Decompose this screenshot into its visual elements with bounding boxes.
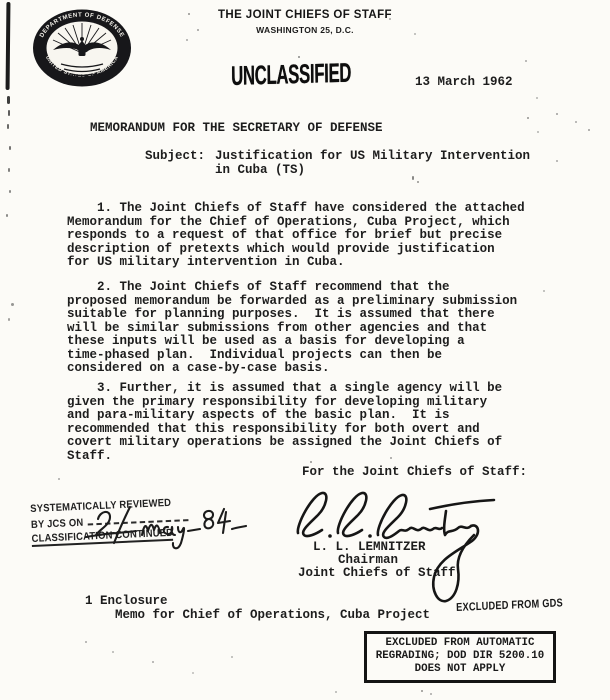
paragraph-1: 1. The Joint Chiefs of Staff have consid… [67,202,525,270]
noise-speck [335,691,337,693]
memo-page: DEPARTMENT OF DEFENSE UNITED STATES OF A… [0,0,610,700]
noise-speck [430,693,432,695]
binding-mark [6,214,8,217]
noise-speck [231,656,233,658]
binding-mark [9,146,11,150]
noise-speck [389,18,391,20]
regrading-stamp: EXCLUDED FROM AUTOMATIC REGRADING; DOD D… [364,631,556,683]
noise-speck [186,39,188,41]
review-stamp-line2-label: BY JCS ON [31,516,84,530]
noise-speck [525,60,527,62]
binding-mark [9,190,11,193]
binding-mark [7,96,10,104]
noise-speck [543,290,545,292]
noise-speck [390,457,392,459]
letterhead-agency: THE JOINT CHIEFS OF STAFF [205,9,405,21]
subject-text: Justification for US Military Interventi… [215,150,530,177]
review-stamp: SYSTEMATICALLY REVIEWED BY JCS ON CLASSI… [30,495,189,546]
memo-heading: MEMORANDUM FOR THE SECRETARY OF DEFENSE [90,122,383,136]
binding-mark [7,124,9,129]
noise-speck [575,121,577,123]
subject-label: Subject: [145,150,205,164]
letterhead-address: WASHINGTON 25, D.C. [205,25,405,35]
noise-speck [421,690,423,692]
paragraph-2: 2. The Joint Chiefs of Staff recommend t… [67,281,517,376]
noise-speck [536,97,538,99]
noise-speck [310,461,312,463]
gds-stamp: EXCLUDED FROM GDS [456,597,563,614]
document-date: 13 March 1962 [415,76,513,90]
noise-speck [152,661,154,663]
noise-speck [556,160,558,162]
paragraph-3: 3. Further, it is assumed that a single … [67,382,502,463]
noise-speck [192,672,194,674]
binding-streak [6,2,11,90]
noise-speck [412,176,414,180]
enclosure-block: 1 Enclosure Memo for Chief of Operations… [85,595,430,622]
noise-speck [537,131,539,133]
dod-seal: DEPARTMENT OF DEFENSE UNITED STATES OF A… [31,8,133,88]
binding-mark [8,110,10,116]
seal-shield [79,48,86,56]
noise-speck [85,641,87,643]
noise-speck [58,478,60,480]
noise-speck [298,56,300,58]
binding-mark [8,318,10,321]
binding-mark [11,303,14,306]
noise-speck [527,117,529,119]
noise-speck [112,651,114,653]
eagle-head [80,37,84,41]
unclassified-stamp: UNCLASSIFIED [231,59,351,90]
noise-speck [417,181,419,183]
noise-speck [588,129,590,131]
binding-mark [8,168,10,172]
signer-organization: Joint Chiefs of Staff [298,567,456,581]
noise-speck [188,13,190,15]
noise-speck [414,33,416,35]
closing-line: For the Joint Chiefs of Staff: [302,466,527,480]
noise-speck [556,113,558,115]
noise-speck [197,29,199,31]
